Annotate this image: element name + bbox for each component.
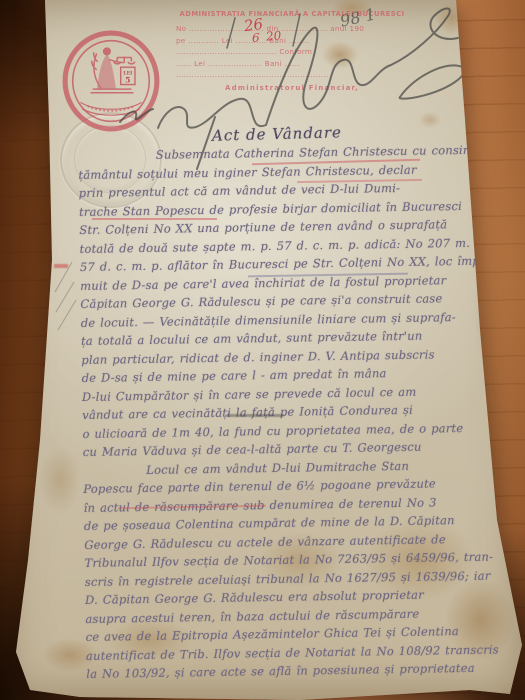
red-ink-entry: 20	[266, 29, 282, 42]
header-form-row: ...... Lei ..................... Bani ..…	[176, 58, 408, 70]
deed-body: Subsemnata Catherina Stefan Christescu c…	[78, 140, 508, 683]
document-photo: LEI 5 ADMINISTRAȚIA FINANCIARĂ A CAPITAL…	[0, 0, 525, 700]
header-form-row: ........................................…	[176, 69, 408, 81]
header-form-row: No ............................. din ...…	[176, 23, 408, 35]
paper-wrap: LEI 5 ADMINISTRAȚIA FINANCIARĂ A CAPITAL…	[0, 0, 525, 700]
red-margin-tick	[54, 264, 68, 268]
header-form-row: ....................................... …	[176, 46, 408, 58]
header-form-row: pe ............ Lei ............ Bani ..…	[176, 35, 408, 47]
graphite-underline	[226, 414, 284, 417]
revenue-stamp-icon: LEI 5	[60, 30, 162, 134]
red-ink-entry: 6	[252, 32, 260, 44]
stamp-value: 5	[125, 76, 130, 85]
document-paper: LEI 5 ADMINISTRAȚIA FINANCIARĂ A CAPITAL…	[0, 0, 525, 700]
header-signature-line: Administratorul Financiar,	[176, 84, 408, 92]
deed-title: Act de Vândare	[212, 123, 342, 144]
header-form-rows: No ............................. din ...…	[176, 23, 408, 81]
red-underline	[92, 218, 217, 220]
